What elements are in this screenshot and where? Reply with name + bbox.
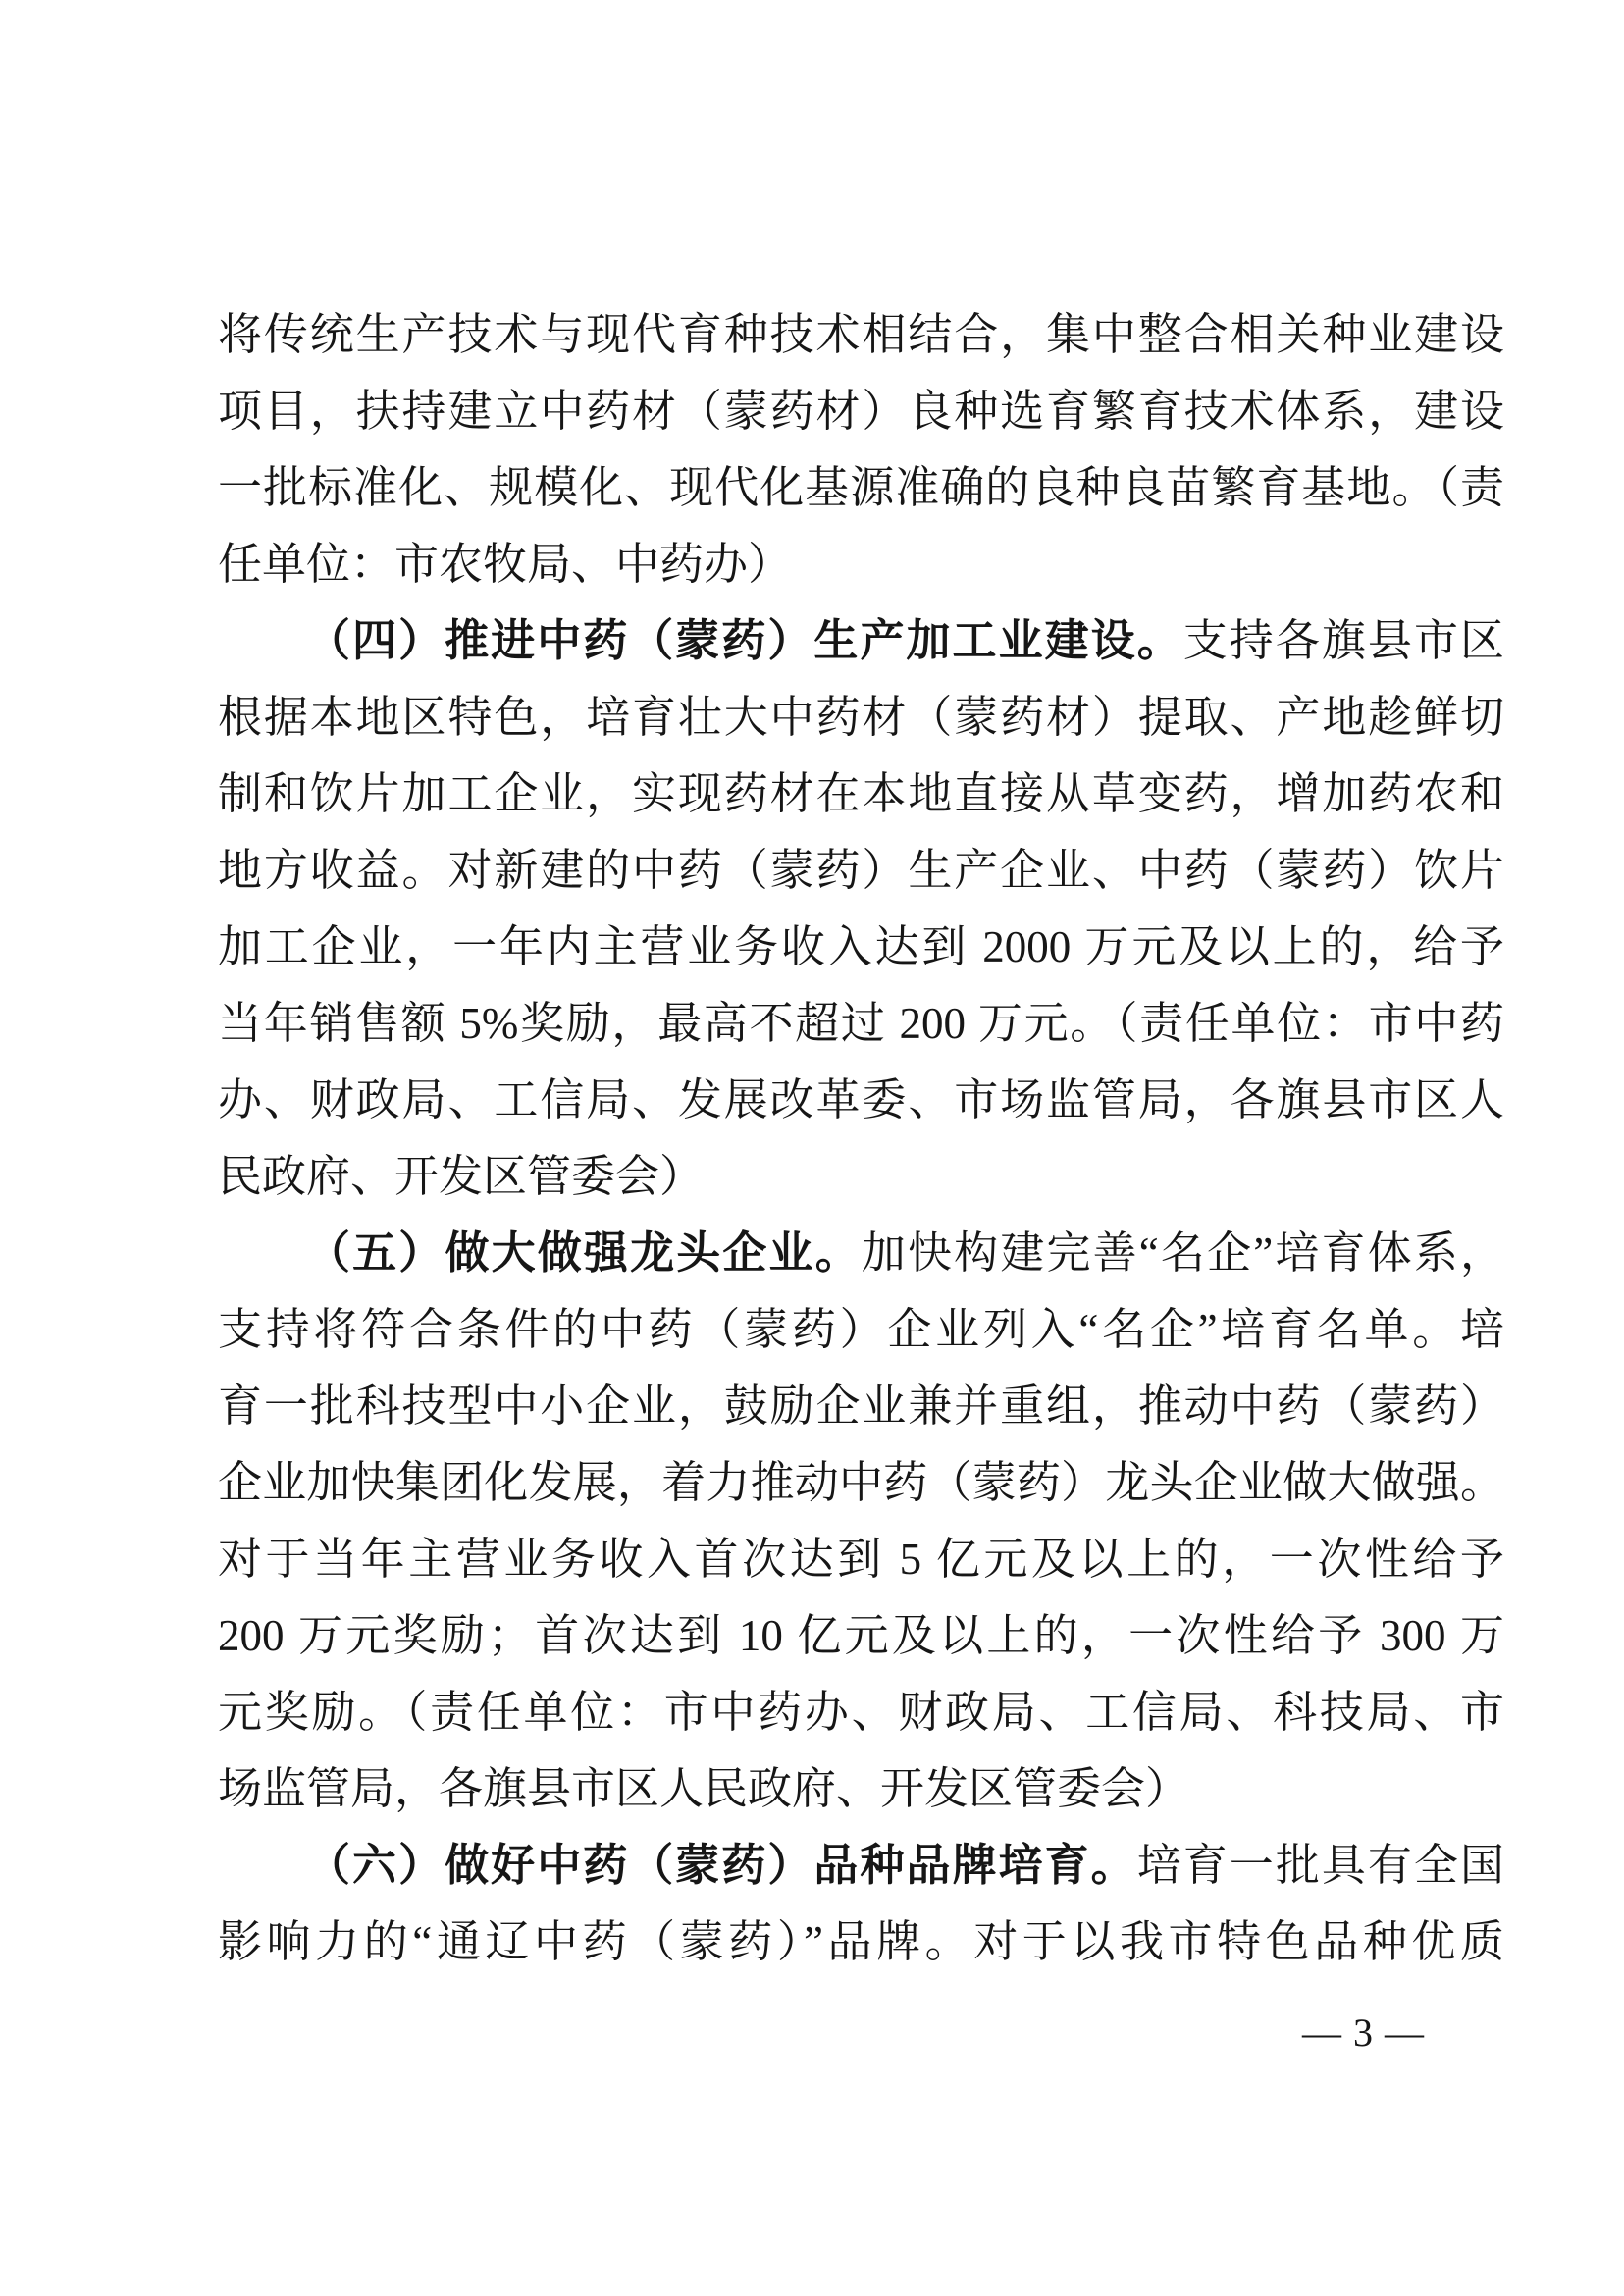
text-line: 元奖励。（责任单位：市中药办、财政局、工信局、科技局、市	[218, 1674, 1504, 1750]
section-heading: （六）做好中药（蒙药）品种品牌培育。	[306, 1841, 1137, 1890]
section-heading: （四）推进中药（蒙药）生产加工业建设。	[306, 616, 1183, 665]
text-line: 200 万元奖励；首次达到 10 亿元及以上的，一次性给予 300 万	[218, 1597, 1504, 1674]
text-line: 任单位：市农牧局、中药办）	[218, 526, 1504, 602]
text-line: 民政府、开发区管委会）	[218, 1138, 1504, 1215]
text-line: （六）做好中药（蒙药）品种品牌培育。培育一批具有全国	[218, 1827, 1504, 1904]
text-line: 将传统生产技术与现代育种技术相结合，集中整合相关种业建设	[218, 296, 1504, 373]
text-line: 地方收益。对新建的中药（蒙药）生产企业、中药（蒙药）饮片	[218, 832, 1504, 909]
text-line: 场监管局，各旗县市区人民政府、开发区管委会）	[218, 1750, 1504, 1827]
text-line: 项目，扶持建立中药材（蒙药材）良种选育繁育技术体系，建设	[218, 373, 1504, 449]
text-line: 支持将符合条件的中药（蒙药）企业列入“名企”培育名单。培	[218, 1291, 1504, 1368]
text-line: 影响力的“通辽中药（蒙药）”品牌。对于以我市特色品种优质	[218, 1904, 1504, 1980]
text-line: 根据本地区特色，培育壮大中药材（蒙药材）提取、产地趁鲜切	[218, 679, 1504, 756]
text-line: 制和饮片加工企业，实现药材在本地直接从草变药，增加药农和	[218, 756, 1504, 832]
text-line: 企业加快集团化发展，着力推动中药（蒙药）龙头企业做大做强。	[218, 1444, 1504, 1521]
text-line: 一批标准化、规模化、现代化基源准确的良种良苗繁育基地。（责	[218, 449, 1504, 526]
text-line: 当年销售额 5%奖励，最高不超过 200 万元。（责任单位：市中药	[218, 985, 1504, 1062]
text-line: （四）推进中药（蒙药）生产加工业建设。支持各旗县市区	[218, 602, 1504, 679]
text-line: （五）做大做强龙头企业。加快构建完善“名企”培育体系，	[218, 1215, 1504, 1291]
text-block: 将传统生产技术与现代育种技术相结合，集中整合相关种业建设项目，扶持建立中药材（蒙…	[218, 296, 1504, 1980]
document-page: 将传统生产技术与现代育种技术相结合，集中整合相关种业建设项目，扶持建立中药材（蒙…	[0, 0, 1624, 2296]
text-line: 对于当年主营业务收入首次达到 5 亿元及以上的，一次性给予	[218, 1521, 1504, 1597]
section-heading: （五）做大做强龙头企业。	[306, 1228, 862, 1278]
page-number: — 3 —	[1302, 2009, 1425, 2057]
text-line: 办、财政局、工信局、发展改革委、市场监管局，各旗县市区人	[218, 1062, 1504, 1138]
text-line: 育一批科技型中小企业，鼓励企业兼并重组，推动中药（蒙药）	[218, 1368, 1504, 1444]
text-line: 加工企业，一年内主营业务收入达到 2000 万元及以上的，给予	[218, 909, 1504, 985]
